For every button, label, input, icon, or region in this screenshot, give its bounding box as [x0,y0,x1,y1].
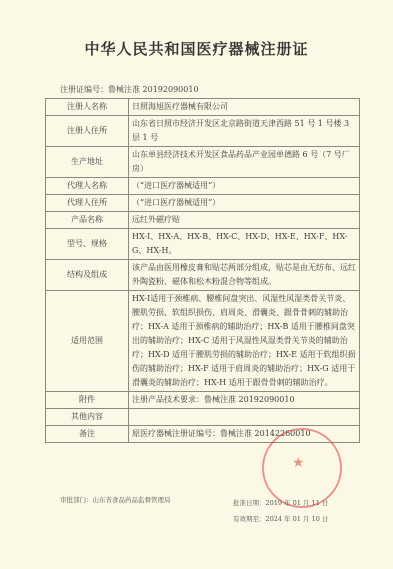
dates-block: 批准日期：2019 年 01 月 11 日 有效期至：2024 年 01 月 1… [233,495,328,527]
table-row: 适用范围HX-Ⅰ适用于颈椎病、腰椎间盘突出、风湿性风湿类骨关节炎、腰肌劳损、软组… [46,291,360,392]
row-value: 山东省日照市经济开发区北京路街道天津西路 51 号 1 号楼 3 层 1 号 [129,116,360,147]
table-row: 注册人名称日照海旭医疗器械有限公司 [46,99,360,116]
row-label: 注册人名称 [46,99,129,116]
row-value: 远红外磁疗贴 [129,212,360,229]
table-row: 结构及组成该产品由医用橡皮膏和贴芯两部分组成，贴芯是由无纺布、远红外陶瓷粉、磁体… [46,260,360,291]
row-label: 生产地址 [46,147,129,178]
row-label: 注册人住所 [46,116,129,147]
table-row: 附件注册产品技术要求：鲁械注准 20192090010 [46,392,360,409]
row-value: 注册产品技术要求：鲁械注准 20192090010 [129,392,360,409]
row-label: 产品名称 [46,212,129,229]
certificate-table: 注册人名称日照海旭医疗器械有限公司 注册人住所山东省日照市经济开发区北京路街道天… [45,98,360,443]
certificate-title: 中华人民共和国医疗器械注册证 [0,38,393,59]
table-row: 型号、规格HX-Ⅰ、HX-A、HX-B、HX-C、HX-D、HX-E、HX-F、… [46,229,360,260]
row-label: 适用范围 [46,291,129,392]
row-label: 型号、规格 [46,229,129,260]
valid-until-date: 有效期至：2024 年 01 月 10 日 [233,511,328,527]
table-row: 代理人住所（“进口医疗器械适用”） [46,195,360,212]
table-row: 注册人住所山东省日照市经济开发区北京路街道天津西路 51 号 1 号楼 3 层 … [46,116,360,147]
row-value: 该产品由医用橡皮膏和贴芯两部分组成，贴芯是由无纺布、远红外陶瓷粉、磁体和松木粉混… [129,260,360,291]
row-value: HX-Ⅰ、HX-A、HX-B、HX-C、HX-D、HX-E、HX-F、HX-G、… [129,229,360,260]
row-label: 备注 [46,426,129,443]
table-row: 代理人名称（“进口医疗器械适用”） [46,178,360,195]
table-row: 生产地址山东单县经济技术开发区食品药品产业园单德路 6 号（7 号厂房） [46,147,360,178]
table-row: 其他内容 [46,409,360,426]
row-value: HX-Ⅰ适用于颈椎病、腰椎间盘突出、风湿性风湿类骨关节炎、腰肌劳损、软组织损伤、… [129,291,360,392]
row-label: 结构及组成 [46,260,129,291]
row-value: 日照海旭医疗器械有限公司 [129,99,360,116]
issuing-authority: 审批部门：山东省食品药品监督管理局 [60,495,171,504]
seal-star-icon: ★ [292,455,305,471]
row-label: 附件 [46,392,129,409]
row-label: 代理人住所 [46,195,129,212]
row-label: 其他内容 [46,409,129,426]
row-value: 山东单县经济技术开发区食品药品产业园单德路 6 号（7 号厂房） [129,147,360,178]
row-label: 代理人名称 [46,178,129,195]
row-value: （“进口医疗器械适用”） [129,195,360,212]
approval-date: 批准日期：2019 年 01 月 11 日 [233,495,328,511]
row-value: （“进口医疗器械适用”） [129,178,360,195]
table-row: 产品名称远红外磁疗贴 [46,212,360,229]
row-value [129,409,360,426]
registration-number: 注册证编号：鲁械注准 20192090010 [60,84,199,95]
